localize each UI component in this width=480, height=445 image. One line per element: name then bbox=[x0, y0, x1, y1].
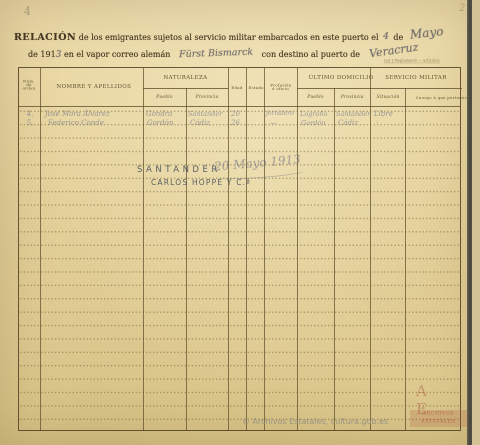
small-print-note: Ley y Reglamento — artículos bbox=[384, 59, 440, 63]
column-header-estado: Estado bbox=[249, 86, 262, 91]
subheader-situacion: Situación bbox=[377, 95, 399, 100]
num-label-2: de orden bbox=[23, 83, 36, 91]
row2-profesion: — bbox=[270, 119, 277, 127]
subheader-domicilio-pueblo: Pueblo bbox=[304, 95, 327, 100]
header-line2-prefix: de 191 bbox=[28, 50, 56, 59]
table-vline bbox=[246, 68, 247, 431]
row1-dom-pueblo: Logroño bbox=[300, 110, 328, 118]
row1-edad: 20 bbox=[231, 110, 240, 118]
ae-logo-text-1: ARCHIVOS bbox=[420, 411, 458, 416]
table-vline bbox=[228, 68, 229, 431]
column-header-num: Núm.de orden bbox=[21, 80, 36, 90]
header-line2-suffix: con destino al puerto de bbox=[262, 50, 360, 59]
group-header-servicio-militar: SERVICIO MILITAR bbox=[385, 74, 448, 80]
row1-name: José Mora Álvarez bbox=[45, 110, 110, 118]
table-vline bbox=[334, 88, 335, 431]
ae-logo-band: ARCHIVOS ESTATALES bbox=[410, 410, 467, 427]
corner-mark-right: 2 bbox=[459, 3, 465, 14]
stamp-santander: SANTANDER bbox=[137, 165, 221, 175]
row2-name: Federico Conde bbox=[48, 119, 104, 127]
table-vline bbox=[40, 68, 41, 431]
column-header-profesion: Profesión ú oficio bbox=[270, 84, 290, 91]
copyright-watermark: © Archivos Estatales, cultura.gob.es bbox=[242, 417, 388, 426]
corner-mark-left: 4 bbox=[23, 4, 32, 18]
header-line1-de: de bbox=[393, 33, 403, 42]
row2-num: 5. bbox=[22, 119, 38, 127]
subheader-cuerpo: Cuerpo á que pertenecen bbox=[416, 96, 451, 101]
header-line2-mid: en el vapor correo alemán bbox=[64, 50, 170, 59]
row1-dom-provincia: Santander bbox=[336, 110, 370, 118]
ae-logo-text-2: ESTATALES bbox=[420, 419, 458, 424]
subheader-naturaleza-provincia: Provincia bbox=[194, 95, 220, 100]
table-vline bbox=[143, 68, 144, 431]
row1-num: 4. bbox=[22, 110, 38, 118]
row2-dom-provincia: Cádiz bbox=[338, 119, 358, 127]
column-header-edad: Edad bbox=[231, 86, 244, 91]
row1-situacion: Libre bbox=[374, 110, 393, 118]
handwritten-ship-name: Fürst Bismarck bbox=[179, 45, 254, 63]
table-vline bbox=[264, 68, 265, 431]
row1-nat-pueblo: Gondra bbox=[146, 110, 172, 118]
row2-dom-pueblo: Gordón bbox=[301, 119, 325, 127]
row1-nat-provincia: Santander bbox=[188, 110, 222, 118]
column-header-nombre: NOMBRE Y APELLIDOS bbox=[56, 83, 126, 89]
subheader-domicilio-provincia: Provincia bbox=[341, 95, 363, 100]
row2-situacion: · bbox=[376, 119, 378, 127]
subheader-naturaleza-pueblo: Pueblo bbox=[151, 95, 178, 100]
table-hline bbox=[18, 106, 461, 107]
form-title: RELACIÓN bbox=[14, 32, 76, 43]
row2-edad: 26 bbox=[231, 119, 240, 127]
scanned-document-page: 4 2 RELACIÓN de los emigrantes sujetos a… bbox=[0, 0, 480, 445]
row1-profesion: jornalero bbox=[266, 110, 294, 117]
stamp-carlos-hoppe: CARLOS HOPPE Y C.ª bbox=[151, 178, 251, 187]
group-header-naturaleza: NATURALEZA bbox=[157, 74, 215, 80]
group-header-ultimo-domicilio: ÚLTIMO DOMICILIO bbox=[309, 74, 359, 80]
handwritten-day: 4 bbox=[383, 32, 389, 42]
row2-nat-provincia: Cádiz bbox=[190, 119, 210, 127]
row2-nat-pueblo: Gordón bbox=[147, 119, 173, 127]
table-vline bbox=[186, 88, 187, 431]
table-vline bbox=[370, 68, 371, 431]
table-hline bbox=[143, 88, 228, 89]
handwritten-year-digit: 3 bbox=[56, 50, 62, 60]
table-vline bbox=[297, 68, 298, 431]
archivos-estatales-logo: A E ARCHIVOS ESTATALES bbox=[410, 382, 467, 428]
header-line1-text: de los emigrantes sujetos al servicio mi… bbox=[79, 33, 379, 42]
table-hline bbox=[297, 88, 462, 89]
table-dotted-rows bbox=[19, 107, 460, 429]
table-vline bbox=[405, 88, 406, 431]
scanner-background bbox=[472, 0, 480, 445]
